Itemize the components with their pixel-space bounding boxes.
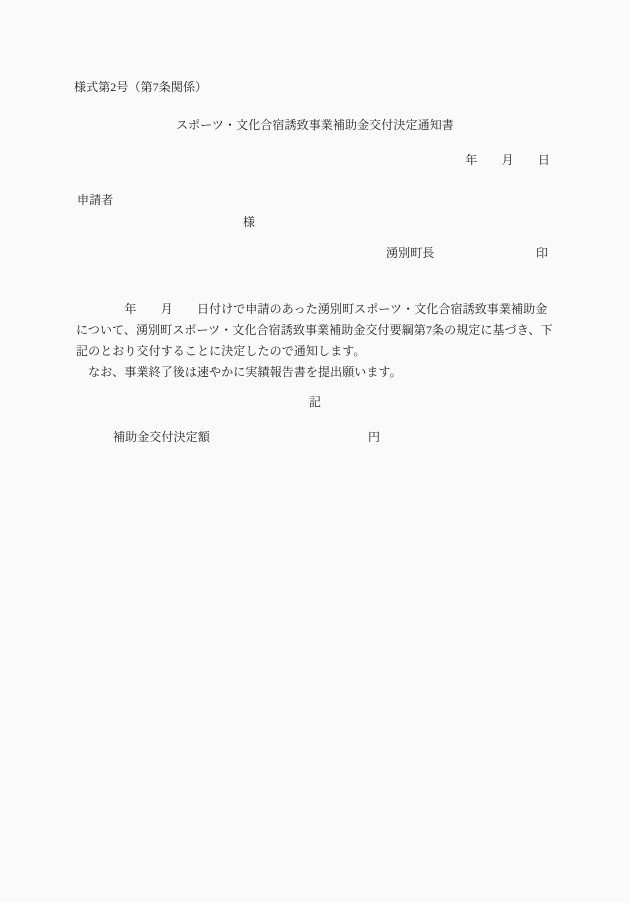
body-line: 年 月 日付けで申請のあった湧別町スポーツ・文化合宿誘致事業補助金 (76, 299, 581, 320)
issuer-title: 湧別町長 (386, 245, 434, 261)
body-line: について、湧別町スポーツ・文化合宿誘致事業補助金交付要綱第7条の規定に基づき、下 (76, 320, 581, 341)
applicant-label: 申請者 (77, 192, 113, 208)
currency-unit-yen: 円 (368, 429, 380, 445)
grant-amount-label: 補助金交付決定額 (113, 429, 210, 445)
record-marker: 記 (0, 394, 630, 410)
applicant-honorific: 様 (243, 214, 255, 230)
notification-body: 年 月 日付けで申請のあった湧別町スポーツ・文化合宿誘致事業補助金 について、湧… (76, 299, 581, 383)
body-line: 記のとおり交付することに決定したので通知します。 (76, 341, 581, 362)
body-line: なお、事業終了後は速やかに実績報告書を提出願います。 (76, 362, 581, 383)
document-page: 様式第2号（第7条関係） スポーツ・文化合宿誘致事業補助金交付決定通知書 年 月… (0, 0, 630, 903)
document-title: スポーツ・文化合宿誘致事業補助金交付決定通知書 (0, 117, 630, 133)
seal-mark: 印 (536, 245, 548, 261)
issue-date-line: 年 月 日 (465, 152, 550, 168)
form-number: 様式第2号（第7条関係） (74, 79, 207, 95)
